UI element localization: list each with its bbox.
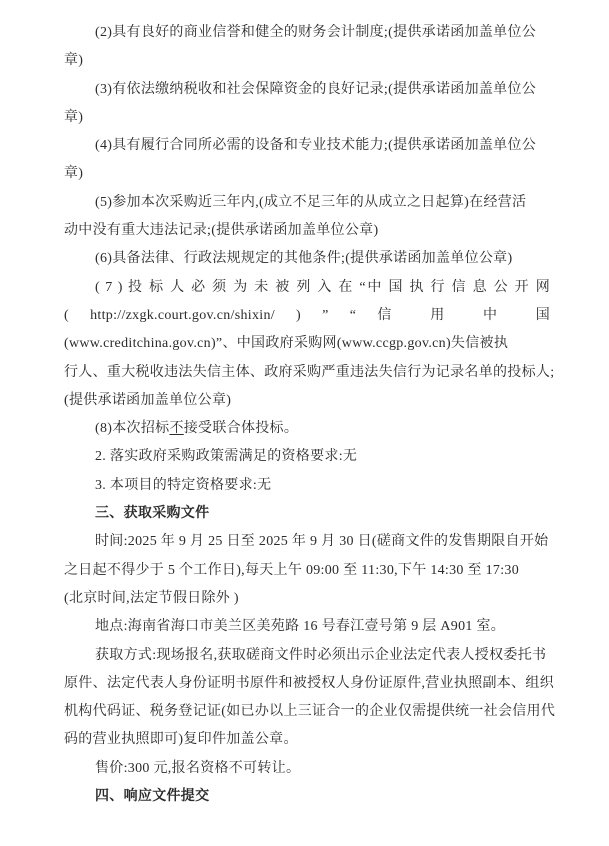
qualification-item-2-continuation: 章) xyxy=(64,47,550,75)
section-3-heading: 三、获取采购文件 xyxy=(64,500,550,528)
qualification-item-7-url-line: ( http://zxgk.court.gov.cn/shixin/ ) ” “… xyxy=(64,302,550,330)
policy-requirement-line: 2. 落实政府采购政策需满足的资格要求:无 xyxy=(64,443,550,471)
obtain-method-line: 获取方式:现场报名,获取磋商文件时必须出示企业法定代表人授权委托书 xyxy=(64,642,550,670)
time-info-timezone-note: (北京时间,法定节假日除外 ) xyxy=(64,585,550,613)
qualification-item-7-continuation: (www.creditchina.gov.cn)”、中国政府采购网(www.cc… xyxy=(64,330,550,358)
obtain-method-continuation: 机构代码证、税务登记证(如已办以上三证合一的企业仅需提供统一社会信用代 xyxy=(64,698,550,726)
specific-requirement-line: 3. 本项目的特定资格要求:无 xyxy=(64,472,550,500)
qualification-item-2-line: (2)具有良好的商业信誉和健全的财务会计制度;(提供承诺函加盖单位公 xyxy=(64,19,550,47)
section-4-heading: 四、响应文件提交 xyxy=(64,783,550,811)
qualification-item-5-continuation: 动中没有重大违法记录;(提供承诺函加盖单位公章) xyxy=(64,217,550,245)
qualification-item-4-line: (4)具有履行合同所必需的设备和专业技术能力;(提供承诺函加盖单位公 xyxy=(64,132,550,160)
item-8-text-post: 接受联合体投标。 xyxy=(184,421,298,436)
qualification-item-6-line: (6)具备法律、行政法规规定的其他条件;(提供承诺函加盖单位公章) xyxy=(64,245,550,273)
qualification-item-7-line: ( 7 ) 投 标 人 必 须 为 未 被 列 入 在 “中 国 执 行 信 息… xyxy=(64,274,550,302)
item-8-text-pre: (8)本次招标 xyxy=(95,421,169,436)
time-info-line: 时间:2025 年 9 月 25 日至 2025 年 9 月 30 日(磋商文件… xyxy=(64,528,550,556)
document-page: (2)具有良好的商业信誉和健全的财务会计制度;(提供承诺函加盖单位公 章) (3… xyxy=(0,0,609,846)
time-info-continuation: 之日起不得少于 5 个工作日),每天上午 09:00 至 11:30,下午 14… xyxy=(64,557,550,585)
qualification-item-7-stamp-note: (提供承诺函加盖单位公章) xyxy=(64,387,550,415)
obtain-method-continuation: 原件、法定代表人身份证明书原件和被授权人身份证原件,营业执照副本、组织 xyxy=(64,670,550,698)
item-8-underlined-char: 不 xyxy=(169,421,183,436)
qualification-item-4-continuation: 章) xyxy=(64,160,550,188)
qualification-item-5-line: (5)参加本次采购近三年内,(成立不足三年的从成立之日起算)在经营活 xyxy=(64,189,550,217)
qualification-item-7-continuation: 行人、重大税收违法失信主体、政府采购严重违法失信行为记录名单的投标人; xyxy=(64,359,550,387)
obtain-method-continuation: 码的营业执照即可)复印件加盖公章。 xyxy=(64,726,550,754)
location-info-line: 地点:海南省海口市美兰区美苑路 16 号春江壹号第 9 层 A901 室。 xyxy=(64,613,550,641)
price-info-line: 售价:300 元,报名资格不可转让。 xyxy=(64,755,550,783)
qualification-item-3-continuation: 章) xyxy=(64,104,550,132)
qualification-item-8-line: (8)本次招标不接受联合体投标。 xyxy=(64,415,550,443)
qualification-item-3-line: (3)有依法缴纳税收和社会保障资金的良好记录;(提供承诺函加盖单位公 xyxy=(64,76,550,104)
